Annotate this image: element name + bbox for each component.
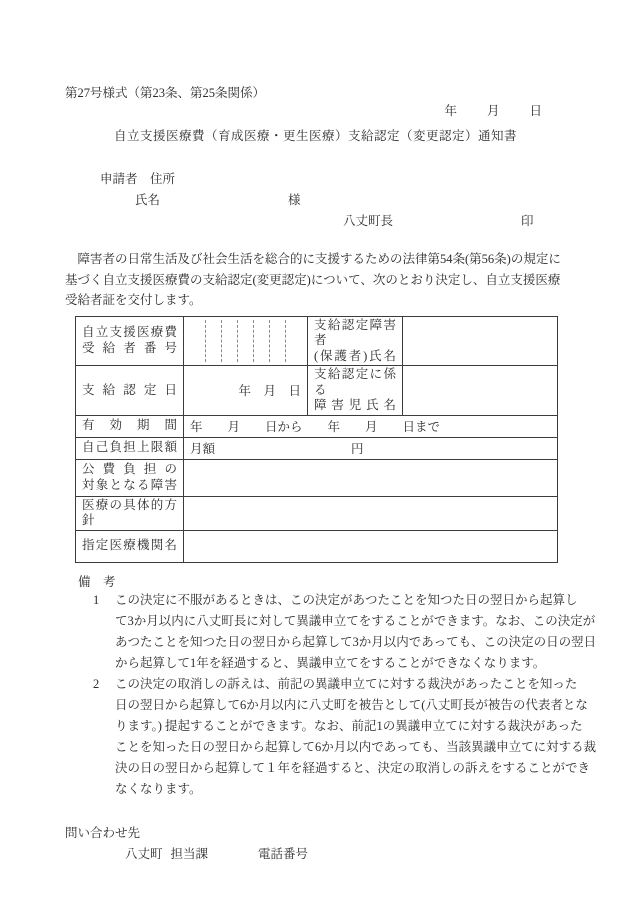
text-line: ります。) 提起することができます。なお、前記1の異議申立てに対する裁決があった [115, 716, 566, 737]
disability-label-line2: 対象となる障害 [82, 478, 177, 494]
copay-yen-label: 円 [351, 442, 364, 456]
text-line: あつたことを知つた日の翌日から起算して3か月以内であっても、この決定の日の翌日 [115, 632, 566, 653]
text-line: この決定に不服があるときは、この決定があつたことを知つた日の翌日から起算し [115, 590, 566, 611]
grant-date-label-cell: 支給認定日 [76, 366, 184, 416]
issue-date-line: 年月日 [65, 104, 566, 119]
remark-number: 1 [93, 590, 99, 611]
town-name: 八丈町 [125, 847, 163, 861]
document-title: 自立支援医療費（育成医療・更生医療）支給認定（変更認定）通知書 [65, 128, 566, 144]
recipient-number-digits [184, 316, 308, 366]
name-label: 氏名 [135, 193, 160, 207]
text-line: 基づく自立支援医療費の支給認定(変更認定)について、次のとおり決定し、自立支援医… [65, 270, 566, 291]
issuer-name: 八丈町長 [343, 214, 393, 228]
validity-value-cell: 年 月 日から 年 月 日まで [184, 415, 558, 437]
seal-mark: 印 [521, 214, 534, 228]
policy-value-cell [184, 496, 558, 530]
notification-document: 第27号様式（第23条、第25条関係） 年月日 自立支援医療費（育成医療・更生医… [0, 0, 630, 915]
certified-person-label-line1: 支給認定障害者 [314, 318, 396, 349]
digit-slot [286, 320, 301, 363]
remark-item-1: 1 この決定に不服があるときは、この決定があつたことを知つた日の翌日から起算して… [93, 590, 566, 674]
applicant-label: 申請者 [100, 172, 138, 186]
validity-label-cell: 有効期間 [76, 415, 184, 437]
applicant-address-row: 申請者 住所 [100, 169, 566, 190]
table-row-grant-date: 支給認定日 年 月 日 支給認定に係る 障害児氏名 [76, 366, 558, 416]
date-day-label: 日 [529, 104, 542, 118]
text-line: 受給者証を交付します。 [65, 290, 566, 311]
department-label: 担当課 [171, 847, 209, 861]
recipient-number-label-line1: 自立支援医療費 [82, 325, 177, 341]
table-row-copay: 自己負担上限額 月額円 [76, 437, 558, 459]
date-month-label: 月 [487, 104, 500, 118]
copay-label: 自己負担上限額 [82, 440, 177, 456]
date-year-label: 年 [444, 104, 457, 118]
validity-label: 有効期間 [82, 418, 177, 434]
table-row-recipient-number: 自立支援医療費 受給者番号 支給認定障害者 (保護者)氏名 [76, 316, 558, 366]
text-line: から起算して1年を経過すると、異議申立てをすることができなくなります。 [115, 653, 566, 674]
phone-label: 電話番号 [258, 847, 308, 861]
child-name-label-cell: 支給認定に係る 障害児氏名 [308, 366, 403, 416]
disability-value-cell [184, 459, 558, 496]
text-line: なくなります。 [115, 779, 566, 800]
text-line: 決の日の翌日から起算して１年を経過すると、決定の取消しの訴えをすることができ [115, 758, 566, 779]
copay-value-cell: 月額円 [184, 437, 558, 459]
applicant-block: 申請者 住所 氏名様 八丈町長印 [100, 169, 566, 232]
digit-slot [254, 320, 270, 363]
table-row-institution: 指定医療機関名 [76, 530, 558, 562]
digit-boxes [190, 318, 301, 365]
remark-text: この決定の取消しの訴えは、前記の異議申立てに対する裁決があったことを知った日の翌… [93, 674, 566, 800]
disability-label-line1: 公費負担の [82, 462, 177, 478]
certified-person-label-line2: (保護者)氏名 [314, 349, 396, 365]
certified-person-value-cell [403, 316, 558, 366]
recipient-number-label-cell: 自立支援医療費 受給者番号 [76, 316, 184, 366]
remark-item-2: 2 この決定の取消しの訴えは、前記の異議申立てに対する裁決があったことを知った日… [93, 674, 566, 800]
institution-label: 指定医療機関名 [82, 538, 177, 554]
certification-table: 自立支援医療費 受給者番号 支給認定障害者 (保護者)氏名 [75, 316, 558, 563]
remarks-heading: 備 考 [78, 572, 566, 590]
digit-slot [238, 320, 254, 363]
institution-label-cell: 指定医療機関名 [76, 530, 184, 562]
remark-text: この決定に不服があるときは、この決定があつたことを知つた日の翌日から起算して3か… [93, 590, 566, 674]
address-label: 住所 [150, 172, 175, 186]
recipient-number-label-line2: 受給者番号 [82, 341, 177, 357]
contact-block: 問い合わせ先 八丈町担当課電話番号 [65, 823, 566, 865]
certified-person-label-cell: 支給認定障害者 (保護者)氏名 [308, 316, 403, 366]
grant-date-label: 支給認定日 [82, 383, 177, 399]
contact-detail-row: 八丈町担当課電話番号 [125, 844, 566, 865]
digit-slot [270, 320, 286, 363]
copay-monthly-label: 月額 [190, 442, 215, 456]
honorific-label: 様 [288, 193, 301, 207]
text-line: ことを知った日の翌日から起算して6か月以内であっても、当該異議申立てに対する裁 [115, 737, 566, 758]
intro-paragraph: 障害者の日常生活及び社会生活を総合的に支援するための法律第54条(第56条)の規… [65, 249, 566, 311]
digit-slot [190, 320, 206, 363]
policy-label: 医療の具体的方針 [82, 498, 177, 529]
applicant-name-row: 氏名様 [135, 190, 566, 211]
table-row-policy: 医療の具体的方針 [76, 496, 558, 530]
issuer-row: 八丈町長印 [343, 211, 566, 232]
grant-date-value-cell: 年 月 日 [184, 366, 308, 416]
child-name-label-line1: 支給認定に係る [314, 367, 396, 398]
disability-label-cell: 公費負担の 対象となる障害 [76, 459, 184, 496]
contact-heading: 問い合わせ先 [65, 823, 566, 844]
text-line: て3か月以内に八丈町長に対して異議申立てをすることができます。なお、この決定が [115, 611, 566, 632]
table-row-validity: 有効期間 年 月 日から 年 月 日まで [76, 415, 558, 437]
form-number: 第27号様式（第23条、第25条関係） [65, 86, 566, 101]
remark-number: 2 [93, 674, 99, 695]
policy-label-cell: 医療の具体的方針 [76, 496, 184, 530]
institution-value-cell [184, 530, 558, 562]
text-line: 日の翌日から起算して6か月以内に八丈町を被告として(八丈町長が被告の代表者とな [115, 695, 566, 716]
text-line: 障害者の日常生活及び社会生活を総合的に支援するための法律第54条(第56条)の規… [65, 249, 566, 270]
digit-slot [222, 320, 238, 363]
text-line: この決定の取消しの訴えは、前記の異議申立てに対する裁決があったことを知った [115, 674, 566, 695]
copay-label-cell: 自己負担上限額 [76, 437, 184, 459]
child-name-value-cell [403, 366, 558, 416]
child-name-label-line2: 障害児氏名 [314, 398, 396, 414]
digit-slot [206, 320, 222, 363]
table-row-disability: 公費負担の 対象となる障害 [76, 459, 558, 496]
